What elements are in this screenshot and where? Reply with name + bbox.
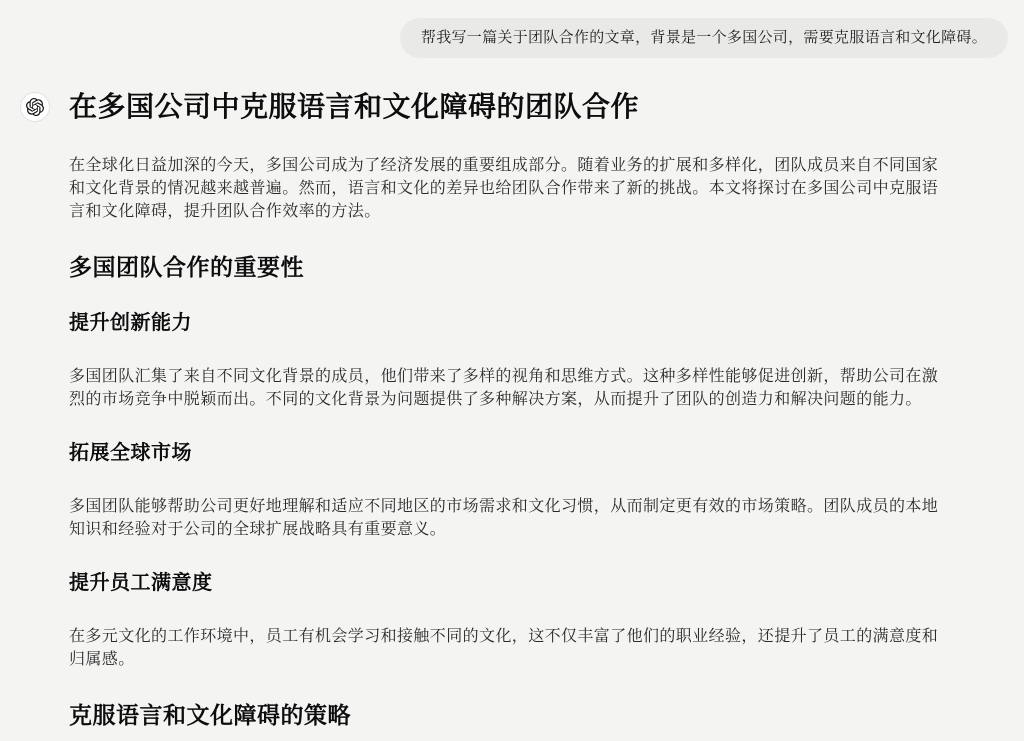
subsection-paragraph-innovation: 多国团队汇集了来自不同文化背景的成员，他们带来了多样的视角和思维方式。这种多样性… [69, 365, 953, 411]
assistant-message: 在多国公司中克服语言和文化障碍的团队合作 在全球化日益加深的今天，多国公司成为了… [0, 90, 1024, 729]
section-heading-strategies: 克服语言和文化障碍的策略 [69, 701, 953, 729]
subsection-heading-innovation: 提升创新能力 [69, 311, 953, 335]
user-message-bubble[interactable]: 帮我写一篇关于团队合作的文章，背景是一个多国公司，需要克服语言和文化障碍。 [400, 18, 1008, 58]
article-title: 在多国公司中克服语言和文化障碍的团队合作 [69, 90, 953, 124]
article-intro-paragraph: 在全球化日益加深的今天，多国公司成为了经济发展的重要组成部分。随着业务的扩展和多… [69, 154, 953, 223]
subsection-paragraph-employee-satisfaction: 在多元文化的工作环境中，员工有机会学习和接触不同的文化，这不仅丰富了他们的职业经… [69, 625, 953, 671]
subsection-heading-employee-satisfaction: 提升员工满意度 [69, 571, 953, 595]
assistant-avatar [20, 92, 50, 122]
subsection-paragraph-global-market: 多国团队能够帮助公司更好地理解和适应不同地区的市场需求和文化习惯，从而制定更有效… [69, 495, 953, 541]
assistant-article: 在多国公司中克服语言和文化障碍的团队合作 在全球化日益加深的今天，多国公司成为了… [69, 90, 953, 729]
subsection-heading-global-market: 拓展全球市场 [69, 441, 953, 465]
user-message-row: 帮我写一篇关于团队合作的文章，背景是一个多国公司，需要克服语言和文化障碍。 [0, 0, 1024, 58]
section-heading-importance: 多国团队合作的重要性 [69, 253, 953, 281]
openai-logo-icon [26, 98, 44, 116]
